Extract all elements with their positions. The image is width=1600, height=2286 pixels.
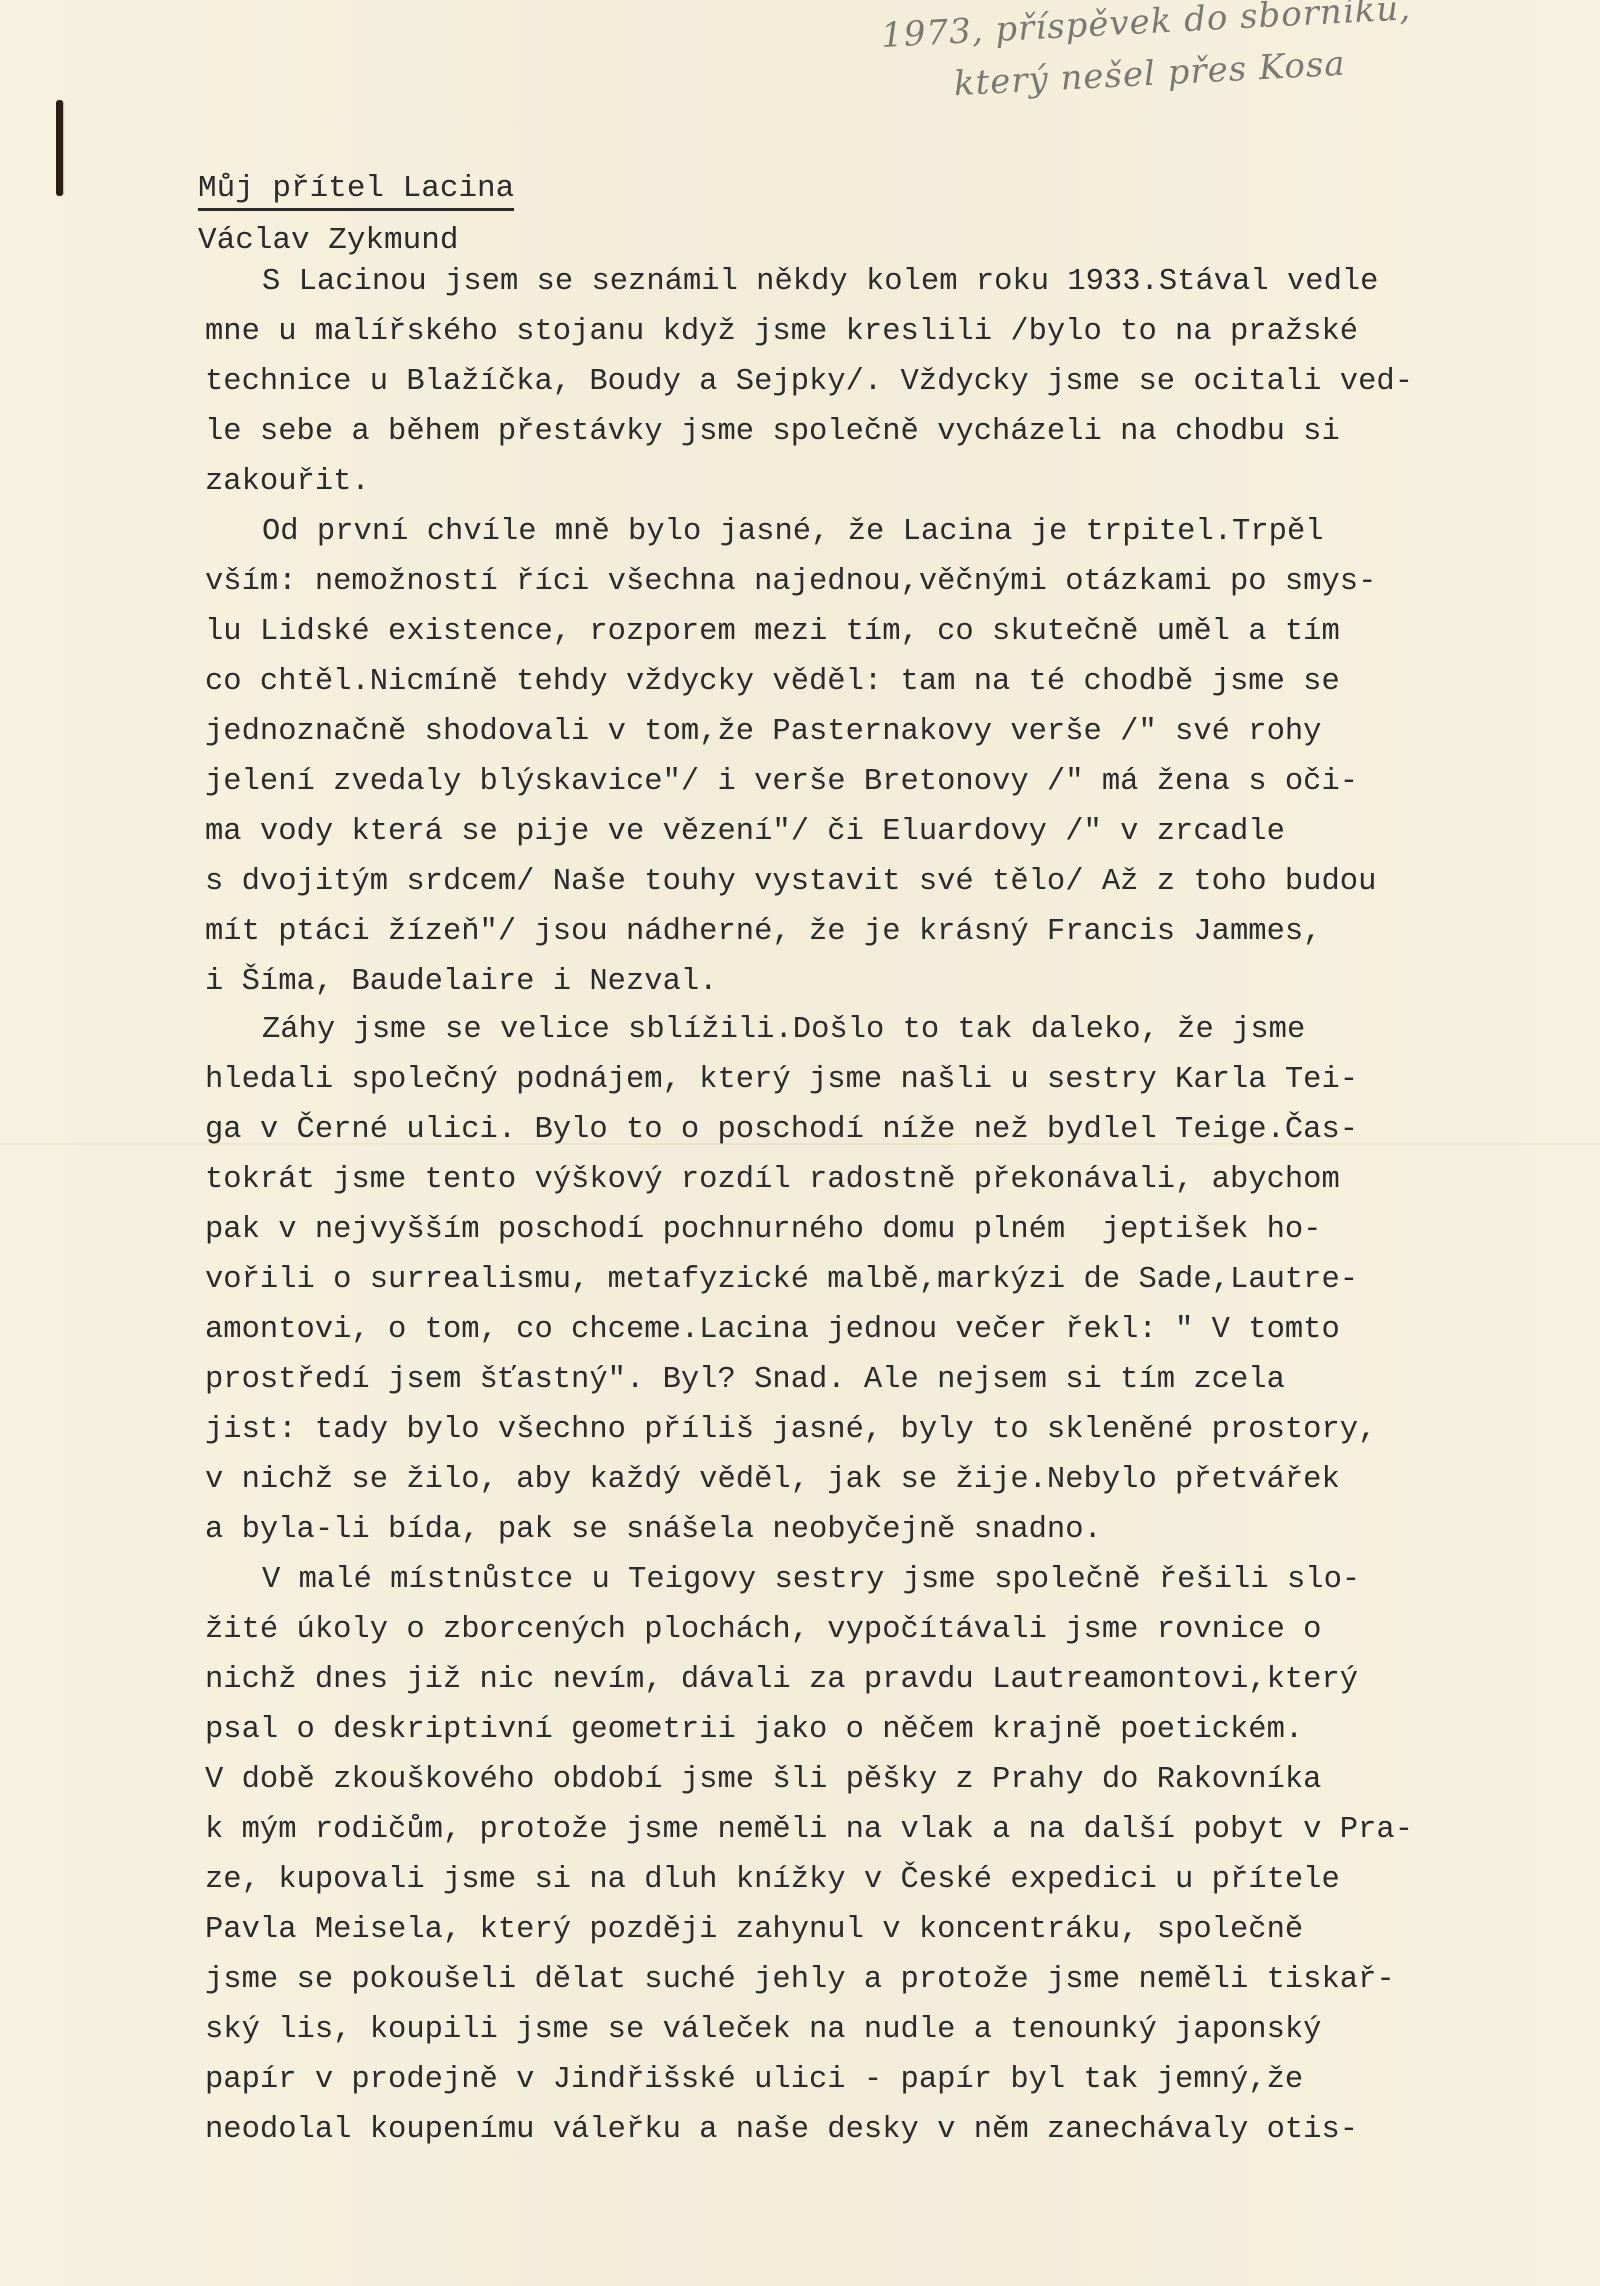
text-line: a byla-li bída, pak se snášela neobyčejn… — [205, 1513, 1102, 1547]
text-line: ma vody která se pije ve vězení"/ či Elu… — [205, 815, 1285, 849]
text-line: lu Lidské existence, rozporem mezi tím, … — [205, 615, 1340, 649]
text-line: papír v prodejně v Jindřišské ulici - pa… — [205, 2063, 1303, 2097]
text-line: zakouřit. — [205, 465, 370, 499]
text-line: V malé místnůstce u Teigovy sestry jsme … — [262, 1563, 1360, 1597]
text-line: ze, kupovali jsme si na dluh knížky v Če… — [205, 1863, 1340, 1897]
text-line: nichž dnes již nic nevím, dávali za prav… — [205, 1663, 1358, 1697]
text-line: jednoznačně shodovali v tom,že Pasternak… — [205, 715, 1321, 749]
text-line: i Šíma, Baudelaire i Nezval. — [205, 965, 717, 999]
text-line: Pavla Meisela, který později zahynul v k… — [205, 1913, 1303, 1947]
typewritten-page: 1973, příspěvek do sborníku, který nešel… — [0, 0, 1600, 2286]
text-line: tokrát jsme tento výškový rozdíl radostn… — [205, 1163, 1340, 1197]
text-line: jelení zvedaly blýskavice"/ i verše Bret… — [205, 765, 1358, 799]
text-line: jsme se pokoušeli dělat suché jehly a pr… — [205, 1963, 1395, 1997]
text-line: mít ptáci žízeň"/ jsou nádherné, že je k… — [205, 915, 1321, 949]
text-line: pak v nejvyšším poschodí pochnurného dom… — [205, 1213, 1321, 1247]
text-line: Od první chvíle mně bylo jasné, že Lacin… — [262, 515, 1324, 549]
text-line: žité úkoly o zborcených plochách, vypočí… — [205, 1613, 1321, 1647]
text-line: amontovi, o tom, co chceme.Lacina jednou… — [205, 1313, 1340, 1347]
text-line: co chtěl.Nicmíně tehdy vždycky věděl: ta… — [205, 665, 1340, 699]
text-line: hledali společný podnájem, který jsme na… — [205, 1063, 1358, 1097]
text-line: s dvojitým srdcem/ Naše touhy vystavit s… — [205, 865, 1376, 899]
staple-mark — [56, 100, 63, 196]
document-author: Václav Zykmund — [198, 224, 458, 258]
text-line: psal o deskriptivní geometrii jako o něč… — [205, 1713, 1303, 1747]
text-line: v nichž se žilo, aby každý věděl, jak se… — [205, 1463, 1340, 1497]
text-line: S Lacinou jsem se seznámil někdy kolem r… — [262, 265, 1378, 299]
text-line: technice u Blažíčka, Boudy a Sejpky/. Vž… — [205, 365, 1413, 399]
handwritten-annotation: 1973, příspěvek do sborníku, který nešel… — [880, 0, 1525, 114]
text-line: Záhy jsme se velice sblížili.Došlo to ta… — [262, 1013, 1305, 1047]
text-line: vším: nemožností říci všechna najednou,v… — [205, 565, 1376, 599]
text-line: V době zkouškového období jsme šli pěšky… — [205, 1763, 1321, 1797]
text-line: neodolal koupenímu váleřku a naše desky … — [205, 2113, 1358, 2147]
text-line: vořili o surrealismu, metafyzické malbě,… — [205, 1263, 1358, 1297]
text-line: mne u malířského stojanu když jsme kresl… — [205, 315, 1358, 349]
text-line: ský lis, koupili jsme se váleček na nudl… — [205, 2013, 1321, 2047]
document-title: Můj přítel Lacina — [198, 172, 514, 211]
text-line: le sebe a během přestávky jsme společně … — [205, 415, 1340, 449]
text-line: ga v Černé ulici. Bylo to o poschodí níž… — [205, 1113, 1358, 1147]
text-line: k mým rodičům, protože jsme neměli na vl… — [205, 1813, 1413, 1847]
text-line: prostředí jsem šťastný". Byl? Snad. Ale … — [205, 1363, 1285, 1397]
text-line: jist: tady bylo všechno příliš jasné, by… — [205, 1413, 1376, 1447]
